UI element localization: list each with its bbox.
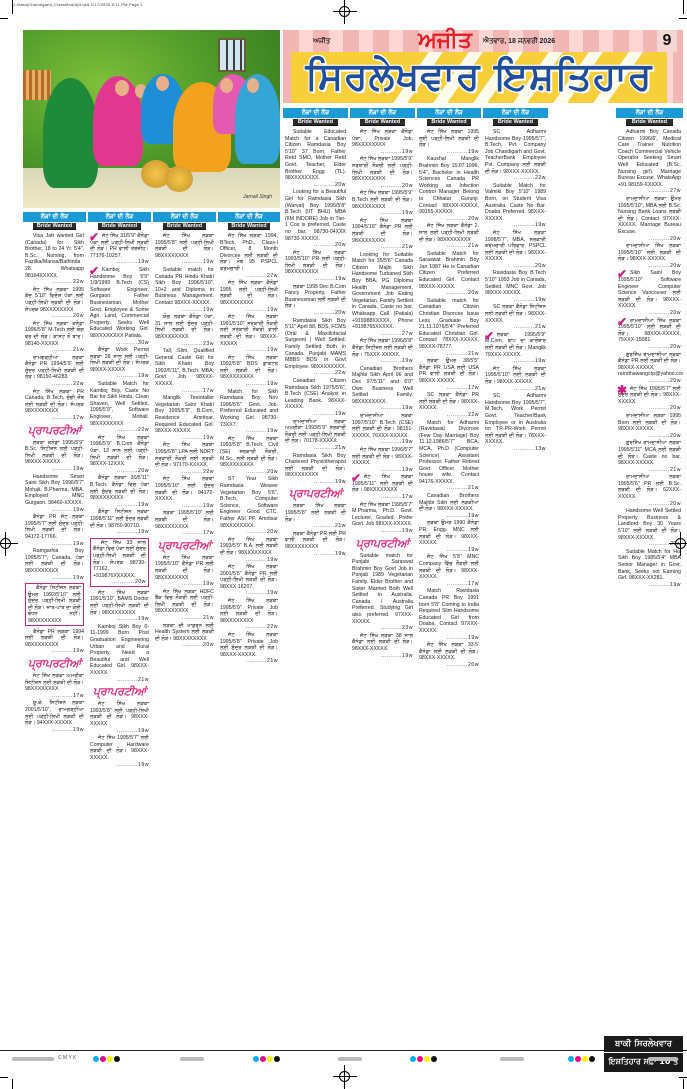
- classified-ad: Suitable match for Punjabi Saraswat Brah…: [350, 552, 415, 632]
- classified-ad: Canadian Brothers Majhbi Sikh ਲਈ ਲੜਕੀਆਂ …: [417, 492, 481, 519]
- ad-word-count: ...........21w: [419, 351, 479, 358]
- ad-word-count: ...........17w: [352, 494, 413, 501]
- ad-word-count: ...........17w: [155, 388, 214, 395]
- ad-word-count: ...........17w: [25, 415, 84, 422]
- classified-ad: ✔ਰਾਮਦਾਸੀਆ ਸਿੱਖ ਲੜਕਾ 1995/5'10" ਲਈ ਲੜਕੀ ਦ…: [616, 317, 683, 351]
- column-header: ਲੋੜਾਂ ਦੀ ਲੋੜ: [283, 108, 348, 118]
- ad-text: Looking for Suitable Match for 35/5'6" C…: [352, 252, 413, 331]
- classified-ad: ਰਾਮਦਾਸੀਆ ਲੜਕਾ 1995/5'6" PR ਲਈ B.Sc. ਲੜਕੀ…: [616, 473, 683, 507]
- ad-word-count: ...........19w: [155, 307, 214, 314]
- classified-ad: SC ਲੜਕਾ ਕੈਨੇਡਾ ਸਿਟੀਜ਼ਨ ਲਈ ਲੜਕੀ ਦੀ ਲੋੜ। 9…: [483, 303, 548, 330]
- ad-word-count: ...........20w: [618, 378, 681, 385]
- classified-ad: ਕੈਨੇਡਾ ਲੜਕਾ 30/5'11" B.Tech. ਕੈਨੇਡਾ ਵਿਚ …: [88, 474, 151, 508]
- classified-ad: ਜੱਟ ਸਿੱਖ ਲੜਕਾ 1994, BTech, PhD., Class-I…: [218, 232, 280, 279]
- page-number: 9: [657, 30, 677, 52]
- classified-ad: Match for Adharmi (Ravidasia) Divorcee (…: [417, 419, 481, 493]
- ad-text: ਜੱਟ ਸਿੱਖ ਲੜਕਾ 1994/5'10" ਕੈਨੇਡਾ PR ਲਈ ਲੜ…: [352, 218, 413, 244]
- ad-text: ਰਾਮਗੜ੍ਹੀਆ ਲੜਕਾ ਕੈਨੇਡਾ PR 1994/5'9" ਲਈ ਸੁ…: [25, 355, 84, 381]
- star-icon: ✱: [617, 385, 627, 395]
- column-subheader: Bride Wanted: [427, 119, 471, 126]
- checkmark-icon: ✔: [89, 232, 99, 242]
- ad-text: ਜੱਟ ਸਿੱਖ ਲੜਕਾ 1991/5'10", BAMS Doctor ਲਈ…: [90, 590, 149, 616]
- classified-ad: Match Ravidasia Canada PR Boy 1991 born …: [417, 587, 481, 641]
- ad-word-count: ...........20w: [155, 642, 214, 649]
- classified-ad: Suitable Match for Hol Sikh Boy 1985/5'4…: [616, 548, 683, 589]
- classified-column: ਲੋੜਾਂ ਦੀ ਲੋੜBride Wantedਜੱਟ ਸਿੱਖ ਲੜਕਾ 19…: [153, 212, 216, 1048]
- classified-ad: ਜੱਟ ਸਿੱਖ ਲੜਕਾ 1998/5'7", MBA, ਸਰਕਾਰੀ ਕਰਮ…: [483, 229, 548, 270]
- classified-ad: ਜੱਟ ਸਿੱਖ ਲੜਕਾ 1995/5'9" B.Tech ਲਈ ਲੜਕੀ ਦ…: [350, 189, 415, 216]
- ad-word-count: ...........19w: [352, 467, 413, 474]
- ad-word-count: ...........19w: [155, 259, 214, 266]
- classified-ad: ਜੱਟ ਸਿੱਖ ਲੜਕਾ 1996/5'7" ਲਈ ਲੜਕੀ ਦੀ ਲੋੜ। …: [350, 446, 415, 473]
- classified-ad: ਲੜਕਾ 1995 Dec B.Com Fancy Property, Fath…: [283, 283, 348, 317]
- classified-ad: ਲੜਕਾ ਸਿੱਖ ਲੜਕਾ 1995/5'8" ਲਈ ਲੜਕੀ ਦੀ ਲੋੜ।…: [283, 502, 348, 529]
- column-header: ਲੋੜਾਂ ਦੀ ਲੋੜ: [616, 108, 683, 118]
- classified-ad: ਰਾਮਦਾਸੀਆ ਲੜਕਾ ਉਮਰ 1995/5'10", MBA ਲਈ B.S…: [616, 195, 683, 242]
- ad-text: ਜੱਟ ਸਿੱਖ ਲੜਕਾ 1995/5'7" M.Pharma, Ph.D. …: [352, 502, 413, 528]
- ad-word-count: ...........19w: [285, 276, 346, 283]
- column-subheader: Bride Wanted: [98, 223, 141, 230]
- ad-word-count: ...........20w: [352, 183, 413, 190]
- ad-word-count: ...........22w: [25, 381, 84, 388]
- ad-word-count: ...........20w: [618, 310, 681, 317]
- ad-text: Visa Jatt wanted Girl (Canada) for Sikh …: [25, 233, 84, 279]
- classified-ad: Suitable Match for Kamboj Boy, Caste No …: [88, 380, 151, 434]
- ad-word-count: ...........22w: [90, 427, 149, 434]
- ad-word-count: ...........20w: [618, 263, 681, 270]
- ad-text: ਲੜਕਾ 1995/5'10" ਲਈ ਲੜਕੀ ਦੀ ਲੋੜ। 98XXXXXX…: [155, 510, 214, 530]
- crop-mark: [0, 1077, 8, 1078]
- column-subheader: Bride Wanted: [626, 119, 673, 126]
- classified-ad: Handsome Well Settled Property Business …: [616, 507, 683, 548]
- ad-text: ਜੱਟ ਸਿੱਖ ਲੜਕਾ 1994, BTech, PhD., Class-I…: [220, 233, 278, 273]
- ad-word-count: ...........19w: [352, 653, 413, 660]
- ad-text: ਜੱਟ ਸਿੱਖ ਲੜਕਾ 1995/5'8" ਲਈ ਪੜ੍ਹੀ-ਲਿਖੀ ਲੜ…: [155, 233, 214, 259]
- classified-ad: Adharmi Boy Canada Citizen 1996/6', Medi…: [616, 128, 683, 195]
- classified-ad: ਜੱਟ ਸਿੱਖ ਲੜਕਾ 2001/5'6" ਕੈਨੇਡਾ PR ਲਈ ਪੜ੍…: [218, 563, 280, 597]
- checkmark-icon: ✔: [484, 331, 494, 341]
- classified-ad: ✔ਲੜਕਾ 1995/5'9" M.Com, ਬਾਪ ਦਾ ਕਾਰੋਬਾਰ ਲਈ…: [483, 331, 548, 365]
- ad-word-count: ...........20w: [25, 313, 84, 320]
- ad-word-count: ...........19w: [25, 727, 84, 734]
- category-heading: ਪ੍ਰਾਪਰਟੀਆਂ: [350, 537, 415, 550]
- classified-ad: ਲੜਕਾ 1995/5'10" ਲਈ ਲੜਕੀ ਦੀ ਲੋੜ। 98XXXXXX…: [153, 509, 216, 536]
- checkmark-icon: ✔: [89, 266, 99, 276]
- classified-ad: ਜੱਟ ਸਿੱਖ ਲੜਕਾ 1995 ਲਈ ਪੜ੍ਹੀ-ਲਿਖੀ ਲੜਕੀ ਦੀ…: [417, 128, 481, 155]
- ad-word-count: ...........19w: [285, 479, 346, 486]
- ad-text: ਕੈਨੇਡਾ ਸਿਟੀਜ਼ਨ ਲੜਕਾ ਉਮਰ 1992/5'10" ਲਈ ਸੁ…: [28, 585, 81, 625]
- ad-text: Handsome Smart Saini Sikh Boy 1996/5'7" …: [25, 474, 84, 507]
- ad-text: ਜੱਟ ਸਿੱਖ ਲੜਕਾ ਕੈਨੇਡਾ 1995 ਲਈ ਪੜ੍ਹੀ-ਲਿਖੀ …: [220, 280, 278, 306]
- category-heading: ਪ੍ਰਾਪਰਟੀਆਂ: [283, 487, 348, 500]
- ad-word-count: ...........19w: [352, 528, 413, 535]
- classified-ad: ਲੜਕਾ ਦੀ ਮਾਡਰਨ ਲਈ Health System ਲਈ ਲੜਕੀ ਦ…: [153, 622, 216, 649]
- ad-word-count: ...........19w: [25, 466, 84, 473]
- ad-word-count: ...........20w: [419, 662, 479, 669]
- ad-text: ਰਾਮਦਾਸੀਆ ਸਿੱਖ ਲੜਕਾ 1995/5'10" ਲਈ ਲੜਕੀ ਦੀ…: [618, 243, 681, 263]
- classified-ad: ਜੱਟ ਸਿੱਖ ਲੜਕਾ 1995/5'8" ਲਈ ਪੜ੍ਹੀ-ਲਿਖੀ ਲੜ…: [153, 232, 216, 266]
- ad-text: ਲੜਕਾ ਸਿੱਖ ਲੜਕਾ 1995/5'8" ਲਈ ਲੜਕੀ ਦੀ ਲੋੜ।: [285, 503, 346, 523]
- crop-mark: [12, 1079, 13, 1089]
- ad-text: Handsome Well Settled Property Business …: [618, 508, 681, 541]
- classified-ad: ਜੱਟ ਸਿੱਖ ਲੜਕਾ 1995/5'9" ਸਰਕਾਰੀ ਨੌਕਰੀ ਲਈ …: [350, 155, 415, 189]
- painting-window: [218, 38, 246, 72]
- ad-text: ਜੱਟ ਸਿੱਖ ਲੜਕਾ 38 ਸਾਲ ਕੈਨੇਡਾ ਲਈ ਲੜਕੀ ਦੀ ਲ…: [352, 633, 413, 653]
- classified-ad: Ramgarhia Boy 1995/5'7", Canada, ਪੱਕਾ ਲਈ…: [23, 547, 86, 581]
- ad-word-count: ...........19w: [220, 590, 278, 597]
- ad-word-count: ...........21w: [419, 485, 479, 492]
- grey-bar: [648, 1057, 678, 1061]
- ad-word-count: ...........19w: [419, 635, 479, 642]
- ad-word-count: ...........21w: [285, 523, 346, 530]
- ad-text: ਜੱਟ ਸਿੱਖ ਲੜਕਾ ਕਨੇਡਾ 1996/5'8" M.Tech ਲਈ …: [25, 321, 84, 347]
- ad-text: ਜੱਟ ਸਿੱਖ ਲੜਕਾ 1995/5'10" ਲਈ ਸੁੰਦਰ ਲੜਕੀ ਦ…: [155, 476, 214, 502]
- grey-bar: [12, 1057, 54, 1061]
- classified-ad: ✔ਜੱਟ ਸਿੱਖ 31/5'9" ਕੈਨੇਡਾ ਪੱਕਾ ਲਈ ਪੜ੍ਹੀ-ਲ…: [88, 232, 151, 266]
- ad-text: ਜੱਟ ਸਿੱਖ ਲੜਕਾ 33.5' ਕੈਨੇਡਾ ਲਈ ਲੜਕੀ ਦੀ ਲੋ…: [419, 642, 479, 662]
- ad-word-count: ...........20w: [90, 468, 149, 475]
- ad-word-count: ...........19w: [220, 557, 278, 564]
- ad-word-count: ...........19w: [90, 728, 149, 735]
- ad-text: ਲੜਕਾ 1995 Dec B.Com Fancy Property, Fath…: [285, 284, 346, 310]
- ad-text: ਕੈਨੇਡਾ ਸਿਟੀਜ਼ਨ ਲੜਕਾ 1998/5'11" ਲਈ ਸੁੰਦਰ …: [90, 509, 149, 529]
- ad-text: Suitable Match for Valmiki Boy 5'10" 198…: [485, 183, 546, 223]
- ad-word-count: ...........20w: [419, 216, 479, 223]
- ad-word-count: ...........21w: [285, 445, 346, 452]
- ad-text: ਰਾਮਦਾਸੀਆ ਲੜਕਾ ਅਮਰੀਕਾ 1993/5'9" ਸਰਕਾਰੀ ਨੌ…: [285, 419, 346, 445]
- ad-word-count: ...........20w: [285, 310, 346, 317]
- ad-word-count: ...........30w: [90, 340, 149, 347]
- category-heading: ਪ੍ਰਾਪਰਟੀਆਂ: [23, 424, 86, 437]
- column-header: ਲੋੜਾਂ ਦੀ ਲੋੜ: [153, 212, 216, 222]
- ad-word-count: ...........20w: [419, 290, 479, 297]
- classified-ad: Handsome Smart Saini Sikh Boy 1996/5'7" …: [23, 473, 86, 514]
- ad-word-count: ...........19w: [155, 581, 214, 588]
- ad-word-count: ...........19w: [419, 513, 479, 520]
- classified-ad: Visa Jatt wanted Girl (Canada) for Sikh …: [23, 232, 86, 286]
- classified-ad: ਜੱਟ ਸਿੱਖ ਲੜਕਾ 33.5' ਕੈਨੇਡਾ ਲਈ ਲੜਕੀ ਦੀ ਲੋ…: [417, 641, 481, 668]
- ad-word-count: ...........19w: [285, 551, 346, 558]
- ad-text: Suitable match for Punjabi Saraswat Brah…: [352, 553, 413, 626]
- classified-ad: ਜੱਟ ਸਿੱਖ ਲੜਕਾ PR Canada, B.Tech, ਚੰਗੀ ਜੌ…: [23, 388, 86, 422]
- ad-text: Tall, Slim, Qualified General Caste Girl…: [155, 348, 214, 388]
- checkmark-icon: ✔: [617, 317, 627, 327]
- ad-word-count: ...........20w: [93, 579, 146, 586]
- classified-ad: ਜੱਟ ਸਿੱਖ ਲੜਕਾ 1991/5'10" ਸਰਕਾਰੀ ਨੌਕਰੀ ਲਈ…: [218, 313, 280, 354]
- ad-text: ਜੱਟ ਸਿੱਖ ਲੜਕਾ 1995 ਕੱਦ 5'10" ਵਿਦੇਸ਼ ਪੱਕਾ…: [25, 287, 84, 313]
- ad-text: ਕੈਨੇਡਾ PR ਜੱਟ ਲੜਕਾ 1995/5'7" ਲਈ ਸੁੰਦਰ ਪੜ…: [25, 514, 84, 540]
- ad-word-count: ...........19w: [285, 411, 346, 418]
- classified-ad: Ramdasia Sikh Boy Chartered Physiotherap…: [283, 452, 348, 486]
- column-header: ਲੋੜਾਂ ਦੀ ਲੋੜ: [417, 108, 481, 118]
- ad-text: ਜੱਟ ਸਿੱਖ ਲੜਕਾ 1995/5'9" B.Tech ਲਈ ਲੜਕੀ ਦ…: [352, 190, 413, 210]
- ad-text: Canadian Brothers Majhbi Sikh April 96 a…: [352, 366, 413, 406]
- ad-text: ਜੱਟ ਸਿੱਖ ਲੜਕਾ 1993/5'8" ਲਈ ਪੜ੍ਹੀ-ਲਿਖੀ ਲੜ…: [90, 701, 149, 727]
- classified-column: ਲੋੜਾਂ ਦੀ ਲੋੜBride Wantedਜੱਟ ਸਿੱਖ ਲੜਕਾ 19…: [218, 212, 280, 1048]
- ad-word-count: ...........19w: [485, 222, 546, 229]
- ad-word-count: ...........19w: [155, 435, 214, 442]
- ad-word-count: ...........21w: [485, 324, 546, 331]
- classified-ad: ਲੜਕਾ ਉਮਰ 1990 ਕੈਨੇਡਾ PR, Engg. MNC ਲਈ ਲੜ…: [417, 519, 481, 553]
- ad-text: ਜੱਟ ਸਿੱਖ ਲੜਕਾ 1996/5'8" ਕੈਨੇਡਾ ਸਿਟੀਜ਼ਨ ਲ…: [352, 338, 413, 358]
- column-subheader: Bride Wanted: [360, 119, 405, 126]
- ad-word-count: ...........17w: [155, 530, 214, 537]
- classified-ad: ਕੈਨੇਡਾ PR ਜੱਟ ਲੜਕਾ 1995/5'7" ਲਈ ਸੁੰਦਰ ਪੜ…: [23, 513, 86, 547]
- checkmark-icon: ✔: [351, 473, 361, 483]
- figure-head: [115, 80, 129, 96]
- ad-text: ਜੱਟ ਸਿੱਖ 1995/5'7" ਲਈ Computer Hardware …: [90, 735, 149, 761]
- ad-word-count: ...........23w: [352, 625, 413, 632]
- classified-ad: ਜੱਟ ਸਿੱਖ ਲੜਕਾ 1991/5'10", BAMS Doctor ਲਈ…: [88, 589, 151, 623]
- classified-ad: ਜੱਟ ਸਿੱਖ ਲੜਕਾ 1993/5'8" B.Tech, Civil (S…: [218, 435, 280, 476]
- ad-text: ਲੜਕਾ 1995/5'9" M.Com, ਬਾਪ ਦਾ ਕਾਰੋਬਾਰ ਲਈ …: [485, 332, 546, 358]
- ad-text: ਜੱਟ ਸਿੱਖ ਲੜਕਾ ਕੈਨੇਡਾ ਪੱਕਾ, Private Job, …: [352, 129, 413, 149]
- ad-text: Ramdasia Sikh Boy 5'11" April 88, BDS, F…: [285, 318, 346, 371]
- ad-word-count: ...........17w: [25, 693, 84, 700]
- classified-ad: ਜੱਟ ਸਿੱਖ ਲੜਕਾ 1996/5'8" ਕੈਨੇਡਾ ਸਿਟੀਜ਼ਨ ਲ…: [350, 337, 415, 364]
- ad-word-count: ...........21w: [25, 347, 84, 354]
- ad-text: Match Ravidasia Canada PR Boy 1991 born …: [419, 588, 479, 634]
- classified-ad: ਜੱਟ ਸਿੱਖ ਲੜਕਾ ਕੈਨੇਡਾ ਪੱਕਾ, Private Job, …: [350, 128, 415, 155]
- crop-mark: [0, 18, 8, 19]
- ad-word-count: ...........19w: [419, 149, 479, 156]
- ad-text: ਜੱਟ ਸਿੱਖ 33 ਸਾਲ ਕੈਨੇਡਾ ਵਿਚ ਪੱਕਾ ਲਈ ਸੁੰਦਰ…: [93, 540, 146, 580]
- classified-ad: ਜੱਟ ਸਿੱਖ ਲੜਕਾ HDFC ਬੈਂਕ ਵਿਚ ਨੌਕਰੀ ਲਈ ਪੜ੍…: [153, 588, 216, 622]
- ad-word-count: ...........20w: [618, 236, 681, 243]
- classified-ad: Ramdasia Sikh Boy 5'11" April 88, BDS, F…: [283, 317, 348, 377]
- ad-text: ਜੱਟ ਸਿੱਖ 1995/5'7" ਲਈ ਸੁੰਦਰ ਲੜਕੀ ਦੀ ਲੋੜ।…: [618, 386, 681, 406]
- ad-word-count: ...........19w: [352, 149, 413, 156]
- ad-word-count: ...........19w: [419, 547, 479, 554]
- ad-text: ਰਾਮਦਾਸੀਆ ਸਿੱਖ ਲੜਕਾ 1995/5'10" ਲਈ ਲੜਕੀ ਦੀ…: [618, 318, 681, 344]
- ad-word-count: ...........22w: [155, 469, 214, 476]
- classified-ad: Looking for Suitable Match for 35/5'6" C…: [350, 251, 415, 338]
- classified-ad: ਕੈਨੇਡਾ ਸਿਟੀਜ਼ਨ ਲੜਕਾ 1998/5'11" ਲਈ ਸੁੰਦਰ …: [88, 508, 151, 535]
- ad-text: ਜੱਟ ਸਿੱਖ ਲੜਕਾ 1996/5'9" B.Com ਕੈਨੇਡਾ ਪੱਕ…: [90, 435, 149, 468]
- classified-ad: Kaushal Manglik Brahmin Boy 15.07.1996, …: [417, 155, 481, 222]
- ad-word-count: ...........21w: [618, 467, 681, 474]
- classified-ad: Looking for a Beautiful Girl for Ramdasi…: [283, 188, 348, 248]
- ad-text: ਰਾਮਦਾਸੀਆ ਲੜਕਾ 1995 Born ਲਈ ਲੜਕੀ ਦੀ ਲੋੜ। …: [618, 413, 681, 433]
- category-heading: ਪ੍ਰਾਪਰਟੀਆਂ: [88, 685, 151, 698]
- registration-mark-icon: [333, 1065, 357, 1089]
- ad-text: Kamboj Sikh Boy 6-11-1999 Born Post Grad…: [90, 624, 149, 677]
- ad-word-count: ...........20w: [485, 263, 546, 270]
- ad-word-count: ...........27w: [352, 331, 413, 338]
- classified-column: ਲੋੜਾਂ ਦੀ ਲੋੜBride WantedSuitable Educate…: [283, 108, 348, 1048]
- classified-ad: ਜੱਟ ਸਿੱਖ ਲੜਕਾ 1994/5'10" ਕੈਨੇਡਾ PR ਲਈ ਲੜ…: [350, 217, 415, 251]
- classified-ad: ਜੱਟ ਸਿੱਖ ਲੜਕਾ ਅਮਰੀਕਾ ਸਿਟੀਜ਼ਨ ਲਈ ਲੜਕੀ ਦੀ …: [23, 672, 86, 699]
- ad-text: SC ਲੜਕਾ ਕੈਨੇਡਾ PR ਲਈ ਲੜਕੀ ਦੀ ਲੋੜ। 98XXX-…: [419, 392, 479, 412]
- column-header: ਲੋੜਾਂ ਦੀ ਲੋੜ: [88, 212, 151, 222]
- ad-word-count: ...........19w: [220, 381, 278, 388]
- ad-text: ਰਾਮਦਾਸੀਆ ਲੜਕਾ ਉਮਰ 1995/5'10", MBA ਲਈ B.S…: [618, 196, 681, 236]
- ad-text: ਜੱਟ ਸਿੱਖ ਲੜਕਾ 1995/5'10" ਕੈਨੇਡਾ PR ਲਈ ਲੜ…: [155, 555, 214, 581]
- column-subheader: Bride Wanted: [228, 223, 270, 230]
- grey-bar: [500, 1057, 524, 1061]
- ad-text: ਗੁਰਸਿੱਖ ਰਾਮਦਾਸੀਆ ਲੜਕਾ 1995/5'11" MCA ਲਈ …: [618, 440, 681, 466]
- classified-ad: ਲੜਕਾ ਕਨੇਡਾ 1995/5'9" B.Sc. ਸਿਟੀਜ਼ਨ ਲਈ ਪੜ…: [23, 439, 86, 473]
- classified-ad: ਲੜਕਾ ਕੈਨੇਡਾ PR ਲਈ PR ਵਾਲੀ ਲੜਕੀ ਦੀ ਲੋੜ। 9…: [283, 530, 348, 557]
- ad-text: Sikh Saini Boy 1995/5'10" Software Engin…: [618, 270, 681, 310]
- continued-promo-box: ਬਾਕੀ ਸਿਰਲੇਖਵਾਰ ਇਸ਼ਤਿਹਾਰ ਸਫ਼ਾ 10 ਤੇ: [604, 1036, 683, 1072]
- crop-mark: [683, 1079, 684, 1089]
- ad-text: Looking for a Beautiful Girl for Ramdasi…: [285, 189, 346, 242]
- checkmark-icon: ✔: [617, 269, 627, 279]
- classified-column: ਲੋੜਾਂ ਦੀ ਲੋੜBride WantedAdharmi Boy Cana…: [616, 108, 683, 1033]
- figure-head: [156, 76, 169, 91]
- ad-word-count: ...........21w: [220, 658, 278, 665]
- classified-ad: ਜੱਟ ਸਿੱਖ ਲੜਕਾ ਕੈਨੇਡਾ 1995 ਲਈ ਪੜ੍ਹੀ-ਲਿਖੀ …: [218, 279, 280, 313]
- ad-word-count: ...........22w: [25, 279, 84, 286]
- ad-text: ਲੜਕਾ ਉਮਰ 38/5'5" ਕੈਨੇਡਾ PR USA ਲਈ USA PR…: [419, 358, 479, 384]
- cmyk-dots: [253, 1056, 280, 1062]
- classified-ad: ਜੱਟ ਸਿੱਖ ਲੜਕਾ 1995/5'10" ਲਈ ਸੁੰਦਰ ਲੜਕੀ ਦ…: [153, 475, 216, 509]
- classified-ad: ਗੁਰਸਿੱਖ ਰਾਮਦਾਸੀਆ ਲੜਕਾ ਕੈਨੇਡਾ PR ਲਈ ਲੜਕੀ …: [616, 351, 683, 385]
- basket: [165, 166, 193, 192]
- ad-text: Suitable Match for Saraswat Brahmin Boy …: [419, 251, 479, 291]
- ad-text: Canadian Brothers Majhbi Sikh ਲਈ ਲੜਕੀਆਂ …: [419, 493, 479, 513]
- ad-word-count: ...........20w: [220, 529, 278, 536]
- category-heading: ਪ੍ਰਾਪਰਟੀਆਂ: [23, 657, 86, 670]
- crop-mark: [679, 18, 687, 19]
- ad-word-count: ...........27w: [220, 273, 278, 280]
- classified-column: ਲੋੜਾਂ ਦੀ ਲੋੜBride Wanted✔ਜੱਟ ਸਿੱਖ 31/5'9…: [88, 212, 151, 1048]
- classified-ad: ਜੱਟ ਸਿੱਖ ਲੜਕਾ 1995 ਕੱਦ 5'10" ਵਿਦੇਸ਼ ਪੱਕਾ…: [23, 286, 86, 320]
- section-masthead: ਅਜੀਤ ਅਜੀਤ ਐਤਵਾਰ, 18 ਜਨਵਰੀ 2026 9 ਸਿਰਲੇਖਵ…: [283, 30, 683, 103]
- ad-text: ਲੜਕਾ ਦੀ ਮਾਡਰਨ ਲਈ Health System ਲਈ ਲੜਕੀ ਦ…: [155, 623, 214, 643]
- classified-ad: ਜੱਟ ਸਿੱਖ ਲੜਕਾ 1995/5'8" Private Job ਲਈ ਸ…: [218, 631, 280, 665]
- classified-ad: ✱ਜੱਟ ਸਿੱਖ 1995/5'7" ਲਈ ਸੁੰਦਰ ਲੜਕੀ ਦੀ ਲੋੜ…: [616, 385, 683, 412]
- classified-ad: Suitable match for Canadian Citizen Chri…: [417, 297, 481, 357]
- print-slug: Ll-fama(Chandigarh)-Classified/Ajit.qxd …: [12, 2, 143, 7]
- classified-ad: ਕੈਨੇਡਾ ਸਿਟੀਜ਼ਨ ਲੜਕਾ ਉਮਰ 1992/5'10" ਲਈ ਸੁ…: [25, 583, 84, 626]
- ad-word-count: ...........19w: [352, 439, 413, 446]
- ad-text: ਰਾਮਦਾਸੀਆ ਲੜਕਾ 1997/5'10" B.Tech (CSE) ਲਈ…: [352, 413, 413, 439]
- ad-word-count: ...........20w: [618, 433, 681, 440]
- classified-ad: ਜੱਟ ਸਿੱਖ ਲੜਕਾ 1995/5'10" ਲਈ ਲੜਕੀ ਦੀ ਲੋੜ।…: [483, 365, 548, 392]
- ad-text: Ramdasia Sikh Boy Chartered Physiotherap…: [285, 453, 346, 479]
- ad-text: ਰਾਮਦਾਸੀਆ ਲੜਕਾ 1995/5'6" PR ਲਈ B.Sc. ਲੜਕੀ…: [618, 474, 681, 500]
- ad-text: ਕੈਨੇਡਾ ਲੜਕਾ 30/5'11" B.Tech. ਕੈਨੇਡਾ ਵਿਚ …: [90, 475, 149, 501]
- ad-text: ਜੱਟ ਸਿੱਖ ਲੜਕਾ 1995/5'9" ਸਰਕਾਰੀ ਨੌਕਰੀ ਲਈ …: [352, 156, 413, 182]
- cmyk-dots: [568, 1056, 595, 1062]
- classified-ad: Suitable Match for Valmiki Boy 5'10" 198…: [483, 182, 548, 229]
- ad-text: ਜੱਟ ਸਿੱਖ ਲੜਕਾ 1995/5'10" ਲਈ ਲੜਕੀ ਦੀ ਲੋੜ।…: [485, 366, 546, 386]
- category-heading: ਪ੍ਰਾਪਰਟੀਆਂ: [153, 539, 216, 552]
- ad-word-count: ...........19w: [25, 575, 84, 582]
- column-subheader: Bride Wanted: [163, 223, 206, 230]
- ad-text: ਗੁਰਸਿੱਖ ਰਾਮਦਾਸੀਆ ਲੜਕਾ ਕੈਨੇਡਾ PR ਲਈ ਲੜਕੀ …: [618, 352, 681, 378]
- ad-text: ਜੱਟ ਸਿੱਖ ਲੜਕਾ 1993/5'10" PR ਲਈ ਪੜ੍ਹੀ-ਲਿਖ…: [285, 250, 346, 276]
- ad-word-count: ...........19w: [352, 405, 413, 412]
- classified-ad: Manglik Teetotaller Vegetarian Saini Kha…: [153, 394, 216, 441]
- ad-text: ਯੂ.ਕੇ. ਸਿਟੀਜ਼ਨ ਲੜਕਾ 2001/5'10", ਰਾਮਗੜ੍ਹੀ…: [25, 700, 84, 726]
- ad-word-count: ...........20w: [220, 469, 278, 476]
- section-title: ਸਿਰਲੇਖਵਾਰ ਇਸ਼ਤਿਹਾਰ: [291, 50, 667, 102]
- ad-text: ਕੈਨੇਡਾ Work Permit ਲੜਕਾ 28 ਸਾਲ ਲਈ ਪੜ੍ਹੀ-…: [90, 347, 149, 373]
- classified-ad: ST Year Sikh Ramdasia Weaver Vegetarian …: [218, 475, 280, 535]
- registration-mark-icon: [0, 532, 18, 556]
- classified-ad: ਜੱਟ ਸਿੱਖ ਲੜਕਾ ਕੈਨੇਡਾ 2. ਸਾਲ ਲਈ ਪੜ੍ਹੀ-ਲਿਖ…: [417, 222, 481, 249]
- classified-ad: ਜੱਟ ਸਿੱਖ ਲੜਕਾ 1993/5'10" PR ਲਈ ਪੜ੍ਹੀ-ਲਿਖ…: [283, 249, 348, 283]
- ad-word-count: ...........19w: [220, 428, 278, 435]
- ad-text: ਜੱਟ ਸਿੱਖ ਲੜਕਾ 1995/5'8" LPA ਲਈ NDRT ਸਰਕਾ…: [155, 442, 214, 468]
- classified-ad: ਯੋਗ ਲੜਕਾ ਕੈਨੇਡਾ ਪੱਕਾ, 31 ਸਾਲ ਲਈ ਸੁੰਦਰ ਪੜ…: [153, 313, 216, 347]
- ad-text: ਜੱਟ ਸਿੱਖ ਲੜਕਾ 1993/5'8" B.Tech, Civil (S…: [220, 436, 278, 469]
- ad-text: ਜੱਟ ਸਿੱਖ ਲੜਕਾ 1993/5'9" B.A. ਲਈ ਲੜਕੀ ਦੀ …: [220, 537, 278, 557]
- ad-word-count: ...........13w: [485, 446, 546, 453]
- ad-text: ਲੜਕਾ ਉਮਰ 1990 ਕੈਨੇਡਾ PR, Engg. MNC ਲਈ ਲੜ…: [419, 520, 479, 546]
- cmyk-dots: [410, 1056, 437, 1062]
- classified-ad: ✔Sikh Saini Boy 1995/5'10" Software Engi…: [616, 269, 683, 316]
- bottom-rule: [0, 1050, 687, 1051]
- ad-text: ਜੱਟ ਸਿੱਖ 5'8" MNC Company ਵਿੱਚ ਨੌਕਰੀ ਲਈ …: [419, 554, 479, 580]
- classified-ad: ਜੱਟ ਸਿੱਖ ਲੜਕਾ 1993/5'9" B.A. ਲਈ ਲੜਕੀ ਦੀ …: [218, 536, 280, 563]
- classified-column: ਲੋੜਾਂ ਦੀ ਲੋੜBride Wantedਜੱਟ ਸਿੱਖ ਲੜਕਾ 19…: [417, 108, 481, 1048]
- ad-word-count: ...........19w: [25, 541, 84, 548]
- ad-text: ਜੱਟ ਸਿੱਖ ਲੜਕਾ 1998/5'7", MBA, ਸਰਕਾਰੀ ਕਰਮ…: [485, 230, 546, 263]
- ad-word-count: ...........17w: [419, 581, 479, 588]
- figure-green: [43, 78, 98, 188]
- ad-word-count: ...........19w: [220, 347, 278, 354]
- classified-ad: ਰਾਮਦਾਸੀਆ ਸਿੱਖ ਲੜਕਾ 1995/5'10" ਲਈ ਲੜਕੀ ਦੀ…: [616, 242, 683, 269]
- ad-word-count: ...........19w: [485, 297, 546, 304]
- ad-word-count: ...........19w: [90, 529, 149, 536]
- ad-text: ਜੱਟ ਸਿੱਖ ਲੜਕਾ 1995/5'11" ਲਈ ਲੜਕੀ ਦੀ ਲੋੜ।…: [352, 474, 413, 494]
- ad-text: ਜੱਟ ਸਿੱਖ ਲੜਕਾ 1991/5'10" ਸਰਕਾਰੀ ਨੌਕਰੀ ਲਈ…: [220, 314, 278, 347]
- ad-text: Adharmi Boy Canada Citizen 1996/6', Medi…: [618, 129, 681, 188]
- classified-ad: Kamboj Sikh Boy 6-11-1999 Born Post Grad…: [88, 623, 151, 683]
- classified-ad: ✔Kamboj Sikh Handsome Boy 5'9" 1/9/1999 …: [88, 266, 151, 346]
- ad-word-count: ...........20w: [285, 242, 346, 249]
- ad-word-count: ...........20w: [618, 405, 681, 412]
- ad-text: ਲੜਕਾ ਕਨੇਡਾ 1995/5'9" B.Sc. ਸਿਟੀਜ਼ਨ ਲਈ ਪੜ…: [25, 440, 84, 466]
- promo-line-2: ਇਸ਼ਤਿਹਾਰ ਸਫ਼ਾ 10 ਤੇ: [604, 1053, 683, 1070]
- crop-mark: [679, 1077, 687, 1078]
- figure-head: [220, 78, 233, 93]
- classified-ad: ਯੂ.ਕੇ. ਸਿਟੀਜ਼ਨ ਲੜਕਾ 2001/5'10", ਰਾਮਗੜ੍ਹੀ…: [23, 699, 86, 733]
- column-subheader: Bride Wanted: [33, 223, 76, 230]
- ad-word-count: ...........20w: [285, 182, 346, 189]
- classified-ad: ਕੈਨੇਡਾ Work Permit ਲੜਕਾ 28 ਸਾਲ ਲਈ ਪੜ੍ਹੀ-…: [88, 346, 151, 380]
- grey-bar: [338, 1057, 362, 1061]
- ad-text: Match for Adharmi (Ravidasia) Divorcee (…: [419, 420, 479, 486]
- ad-text: Kaushal Manglik Brahmin Boy 15.07.1996, …: [419, 156, 479, 215]
- ad-text: Suitable match for Canada PR Hindu Khatr…: [155, 267, 214, 307]
- painting-signature: Jarnail Singh: [243, 194, 272, 200]
- ad-word-count: ...........22w: [285, 370, 346, 377]
- classified-ad: ਜੱਟ ਸਿੱਖ ਲੜਕਾ 1995/5'7" M.Pharma, Ph.D. …: [350, 501, 415, 535]
- classified-ad: ਜੱਟ ਸਿੱਖ 1995/5'7" ਲਈ Computer Hardware …: [88, 734, 151, 768]
- classified-ad: ਜੱਟ ਸਿੱਖ ਲੜਕਾ 1995/5'9" Private Job ਲਈ ਲ…: [218, 597, 280, 631]
- classified-ad: ਰਾਮਦਾਸੀਆ ਲੜਕਾ 1995 Born ਲਈ ਲੜਕੀ ਦੀ ਲੋੜ। …: [616, 412, 683, 439]
- classified-ad: ਕੈਨੇਡਾ PR ਲੜਕਾ 1994 ਲਈ ਲੜਕੀ ਦੀ ਲੋੜ। 98XX…: [23, 628, 86, 655]
- ad-word-count: ...........22w: [220, 624, 278, 631]
- ad-word-count: ...........20w: [618, 501, 681, 508]
- ad-word-count: ...........20w: [618, 344, 681, 351]
- grey-bar: [180, 1057, 204, 1061]
- ad-word-count: ...........22w: [485, 175, 546, 182]
- ad-text: ਜੱਟ ਸਿੱਖ ਲੜਕਾ 1996/5'7" ਲਈ ਲੜਕੀ ਦੀ ਲੋੜ। …: [352, 447, 413, 467]
- ad-word-count: ...........19w: [220, 307, 278, 314]
- ad-text: ਲੜਕਾ ਕੈਨੇਡਾ PR ਲਈ PR ਵਾਲੀ ਲੜਕੀ ਦੀ ਲੋੜ। 9…: [285, 531, 346, 551]
- classified-ad: ✔ਜੱਟ ਸਿੱਖ ਲੜਕਾ 1995/5'11" ਲਈ ਲੜਕੀ ਦੀ ਲੋੜ…: [350, 473, 415, 500]
- ad-word-count: ...........19w: [90, 616, 149, 623]
- ad-text: ਜੱਟ ਸਿੱਖ ਲੜਕਾ 1992/5'8" BDS ਡਾਕਟਰ ਲਈ ਲੜਕ…: [220, 355, 278, 381]
- ad-text: SC Adharmi Handsome Boy 1995/5'7", B.Tec…: [485, 129, 546, 175]
- classified-ad: SC Adharmi Handsome Boy 1995/5'7", M.Tec…: [483, 392, 548, 452]
